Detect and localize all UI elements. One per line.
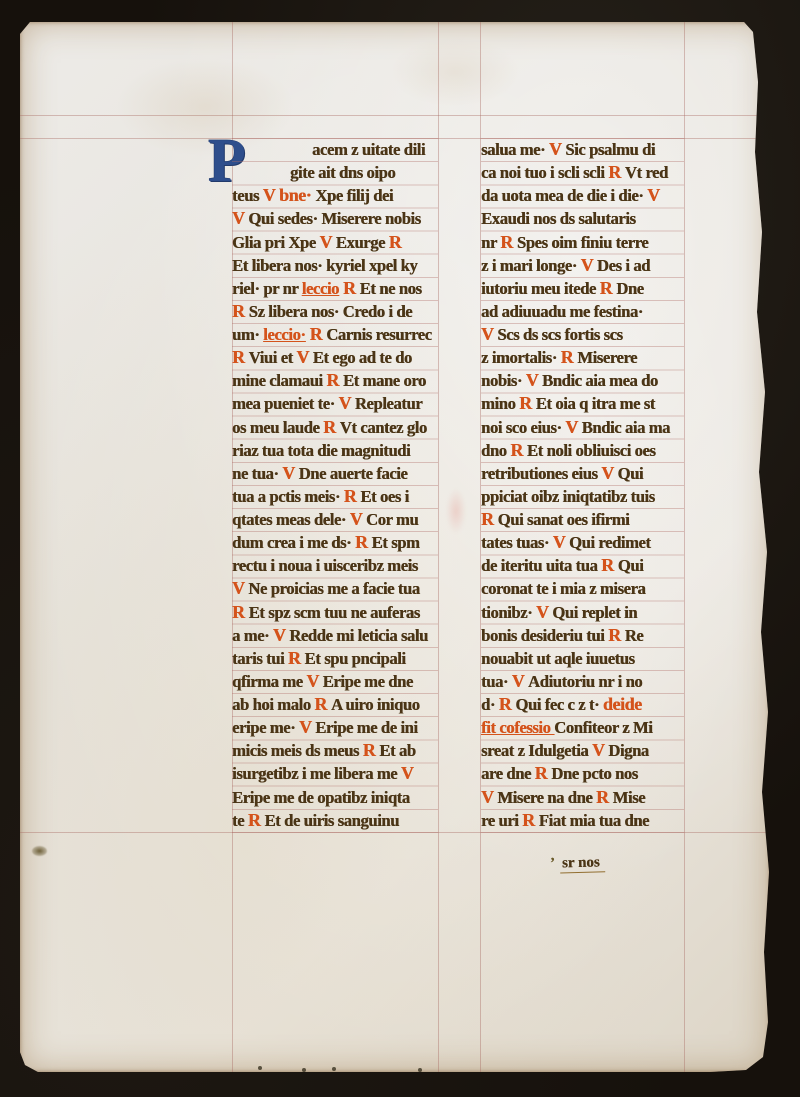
rubric-segment: V <box>601 463 617 483</box>
text-segment: eripe me· <box>232 718 299 737</box>
rubric-segment: V <box>232 578 248 598</box>
text-line: noi sco eius· V Bndic aia ma <box>481 416 684 439</box>
text-line: Eripe me de opatibz iniqta <box>232 786 438 809</box>
text-segment: Cor mu <box>366 510 418 529</box>
text-segment: Et ne nos <box>360 279 422 298</box>
rubric-segment: V <box>282 463 298 483</box>
text-segment: Fiat mia tua dne <box>539 811 649 830</box>
text-segment: ne tua· <box>232 464 282 483</box>
text-line: ab hoi malo R A uiro iniquo <box>232 693 438 716</box>
text-segment: nr <box>481 233 500 252</box>
text-line: dno R Et noli obliuisci oes <box>481 439 684 462</box>
text-line: retributiones eius V Qui <box>481 462 684 485</box>
foxing-stain <box>390 37 520 107</box>
rubric-segment: V <box>581 255 597 275</box>
rubric-segment: R <box>535 763 552 783</box>
text-segment: Et oia q itra me st <box>536 394 655 413</box>
text-segment: ppiciat oibz iniqtatibz tuis <box>481 487 655 506</box>
edge-speck <box>418 1068 422 1072</box>
text-segment: z imortalis· <box>481 348 561 367</box>
text-line: tates tuas· V Qui redimet <box>481 531 684 554</box>
text-line: da uota mea de die i die· V <box>481 184 684 207</box>
text-line: sreat z Idulgetia V Digna <box>481 739 684 762</box>
text-segment: Qui fec c z t· <box>515 695 603 714</box>
rubric-segment: V <box>232 208 248 228</box>
text-segment: a me· <box>232 626 273 645</box>
pen-flourish-icon: ʼ <box>550 856 555 872</box>
text-segment: Redde mi leticia salu <box>289 626 428 645</box>
text-segment: Eripe me dne <box>323 672 413 691</box>
rubric-segment: R <box>608 162 625 182</box>
text-line: Glia pri Xpe V Exurge R <box>232 231 438 254</box>
photo: { "photo": { "background_color": "#16110… <box>0 0 800 1097</box>
text-line: z imortalis· R Miserere <box>481 346 684 369</box>
text-line: R Sz libera nos· Credo i de <box>232 300 438 323</box>
text-segment: re uri <box>481 811 522 830</box>
text-segment: Sz libera nos· Credo i de <box>249 302 412 321</box>
text-segment: tua a pctis meis· <box>232 487 344 506</box>
text-segment: isurgetibz i me libera me <box>232 764 401 783</box>
text-line: riaz tua tota die magnitudi <box>232 439 438 462</box>
text-segment: Vt cantez glo <box>340 418 427 437</box>
text-line: mine clamaui R Et mane oro <box>232 369 438 392</box>
text-segment: te <box>232 811 248 830</box>
text-segment: nouabit ut aqle iuuetus <box>481 649 635 668</box>
text-line: ne tua· V Dne auerte facie <box>232 462 438 485</box>
ruling-line-horizontal-top-margin <box>20 115 770 116</box>
text-segment: Mise <box>613 788 646 807</box>
text-segment: tua· <box>481 672 512 691</box>
text-segment: salua me· <box>481 140 549 159</box>
text-segment: are dne <box>481 764 535 783</box>
text-line: iutoriu meu itede R Dne <box>481 277 684 300</box>
text-segment: ab hoi malo <box>232 695 314 714</box>
text-segment: micis meis ds meus <box>232 741 363 760</box>
text-segment: retributiones eius <box>481 464 601 483</box>
text-line: taris tui R Et spu pncipali <box>232 647 438 670</box>
text-segment: Vt red <box>625 163 668 182</box>
text-line: micis meis ds meus R Et ab <box>232 739 438 762</box>
text-segment: Eripe me de opatibz iniqta <box>232 788 410 807</box>
rubric-segment: R <box>601 555 618 575</box>
text-line: fit cofessio Confiteor z Mi <box>481 716 684 739</box>
rubric-segment: deide <box>603 694 642 714</box>
text-segment: Dne <box>616 279 643 298</box>
text-segment: gite ait dns oipo <box>290 163 395 182</box>
text-segment: um· <box>232 325 263 344</box>
text-segment: Qui <box>618 464 644 483</box>
text-segment: mea pueniet te· <box>232 394 339 413</box>
text-line: salua me· V Sic psalmu di <box>481 138 684 161</box>
text-segment: qfirma me <box>232 672 306 691</box>
text-line: de iteritu uita tua R Qui <box>481 554 684 577</box>
text-segment: Xpe filij dei <box>315 186 393 205</box>
text-segment: mino <box>481 394 519 413</box>
rubric-segment: R <box>561 347 578 367</box>
text-segment: riaz tua tota die magnitudi <box>232 441 410 460</box>
text-line: re uri R Fiat mia tua dne <box>481 809 684 832</box>
rubric-segment: R <box>248 810 265 830</box>
text-line: um· leccio· R Carnis resurrec <box>232 323 438 346</box>
text-segment: Et oes i <box>360 487 408 506</box>
rubric-segment: V <box>299 717 315 737</box>
rubric-segment: R <box>339 278 360 298</box>
rubric-segment: V <box>526 370 542 390</box>
text-segment: Ne proicias me a facie tua <box>248 579 419 598</box>
text-segment: Carnis resurrec <box>326 325 431 344</box>
edge-speck <box>302 1068 306 1072</box>
rubric-segment: R <box>232 602 249 622</box>
text-line: z i mari longe· V Des i ad <box>481 254 684 277</box>
text-line: isurgetibz i me libera me V <box>232 762 438 785</box>
rubric-segment: V <box>592 740 608 760</box>
text-segment: Qui <box>618 556 644 575</box>
text-segment: z i mari longe· <box>481 256 581 275</box>
text-segment: Eripe me de ini <box>315 718 417 737</box>
text-line: te R Et de uiris sanguinu <box>232 809 438 832</box>
text-segment: acem z uitate dili <box>312 140 425 159</box>
rubric-segment: leccio· <box>263 325 305 344</box>
text-segment: Et spm <box>372 533 420 552</box>
text-segment: sreat z Idulgetia <box>481 741 592 760</box>
text-segment: ca noi tuo i scli scli <box>481 163 608 182</box>
ruling-line-vertical-col1-right <box>438 22 439 1072</box>
text-line: riel· pr nr leccio R Et ne nos <box>232 277 438 300</box>
rubric-segment: V <box>339 393 355 413</box>
rubric-segment: V <box>565 417 581 437</box>
text-segment: Confiteor z Mi <box>554 718 652 737</box>
rubric-segment: R <box>306 324 327 344</box>
text-segment: Spes oim finiu terre <box>517 233 648 252</box>
text-line: dum crea i me ds· R Et spm <box>232 531 438 554</box>
rubric-segment: R <box>500 232 517 252</box>
text-segment: Qui sanat oes ifirmi <box>498 510 630 529</box>
rubric-segment: R <box>608 625 625 645</box>
text-segment: coronat te i mia z misera <box>481 579 645 598</box>
rubric-segment: R <box>326 370 343 390</box>
text-line: acem z uitate dili <box>232 138 438 161</box>
rubric-segment: R <box>314 694 331 714</box>
text-segment: A uiro iniquo <box>331 695 420 714</box>
rubric-segment: V <box>512 671 528 691</box>
text-segment: Exurge <box>336 233 389 252</box>
text-line: V Misere na dne R Mise <box>481 786 684 809</box>
rubric-segment: leccio <box>302 279 339 298</box>
rubric-segment: R <box>344 486 361 506</box>
rubric-segment: R <box>519 393 536 413</box>
text-line: bonis desideriu tui R Re <box>481 624 684 647</box>
text-segment: rectu i noua i uisceribz meis <box>232 556 418 575</box>
text-segment: nobis· <box>481 371 526 390</box>
text-segment: bonis desideriu tui <box>481 626 608 645</box>
text-line: a me· V Redde mi leticia salu <box>232 624 438 647</box>
rubric-segment: V <box>481 787 497 807</box>
text-line: mino R Et oia q itra me st <box>481 392 684 415</box>
text-segment: Qui replet in <box>552 603 637 622</box>
text-line: R Viui et V Et ego ad te do <box>232 346 438 369</box>
text-line: ppiciat oibz iniqtatibz tuis <box>481 485 684 508</box>
text-segment: da uota mea de die i die· <box>481 186 647 205</box>
text-segment: taris tui <box>232 649 288 668</box>
text-segment: Et spu pncipali <box>305 649 406 668</box>
rubric-segment: V <box>553 532 569 552</box>
text-segment: tates tuas· <box>481 533 553 552</box>
rubric-segment: R <box>288 648 305 668</box>
rubric-segment: R <box>600 278 617 298</box>
text-segment: Bndic aia mea do <box>542 371 658 390</box>
rubric-segment: R <box>363 740 380 760</box>
rubric-segment: V <box>549 139 565 159</box>
text-line: qfirma me V Eripe me dne <box>232 670 438 693</box>
text-segment: Et ego ad te do <box>313 348 412 367</box>
text-segment: Et noli obliuisci oes <box>527 441 656 460</box>
text-segment: Et mane oro <box>343 371 426 390</box>
text-segment: Exaudi nos ds salutaris <box>481 209 636 228</box>
text-line: coronat te i mia z misera <box>481 577 684 600</box>
manuscript-leaf: P acem z uitate diligite ait dns oipoteu… <box>20 22 770 1072</box>
text-line: ca noi tuo i scli scli R Vt red <box>481 161 684 184</box>
text-line: Et libera nos· kyriel xpel ky <box>232 254 438 277</box>
text-segment: ad adiuuadu me festina· <box>481 302 643 321</box>
text-line: nobis· V Bndic aia mea do <box>481 369 684 392</box>
text-segment: noi sco eius· <box>481 418 565 437</box>
text-line: V Ne proicias me a facie tua <box>232 577 438 600</box>
edge-speck <box>258 1066 262 1070</box>
text-segment: Viui et <box>249 348 297 367</box>
rubric-segment: V <box>481 324 497 344</box>
text-segment: Scs ds scs fortis scs <box>497 325 622 344</box>
text-line: R Qui sanat oes ifirmi <box>481 508 684 531</box>
text-segment: os meu laude <box>232 418 323 437</box>
red-ink-smudge <box>446 488 466 534</box>
text-line: d· R Qui fec c z t· deide <box>481 693 684 716</box>
rubric-segment: V <box>401 763 414 783</box>
text-line: os meu laude R Vt cantez glo <box>232 416 438 439</box>
catchword: ʼsr nos <box>550 854 605 872</box>
catchword-text: sr nos <box>560 854 605 873</box>
text-segment: iutoriu meu itede <box>481 279 600 298</box>
rubric-segment: V <box>296 347 312 367</box>
text-segment: qtates meas dele· <box>232 510 350 529</box>
rubric-segment: V <box>647 185 660 205</box>
text-segment: Qui redimet <box>569 533 650 552</box>
text-segment: Adiutoriu nr i no <box>528 672 642 691</box>
text-line: V Scs ds scs fortis scs <box>481 323 684 346</box>
rubric-segment: V bne· <box>263 185 316 205</box>
text-segment: d· <box>481 695 499 714</box>
rubric-segment: R <box>522 810 539 830</box>
text-line: rectu i noua i uisceribz meis <box>232 554 438 577</box>
text-segment: Des i ad <box>597 256 650 275</box>
text-segment: dno <box>481 441 510 460</box>
text-segment: Qui sedes· Miserere nobis <box>248 209 420 228</box>
text-segment: Dne auerte facie <box>299 464 408 483</box>
text-segment: dum crea i me ds· <box>232 533 355 552</box>
ruling-line-vertical-col2-right <box>684 22 685 1072</box>
text-segment: Re <box>625 626 644 645</box>
text-line: tua a pctis meis· R Et oes i <box>232 485 438 508</box>
text-line: tionibz· V Qui replet in <box>481 601 684 624</box>
text-line: Exaudi nos ds salutaris <box>481 207 684 230</box>
rubric-segment: R <box>232 301 249 321</box>
text-line: ad adiuuadu me festina· <box>481 300 684 323</box>
text-line: teus V bne· Xpe filij dei <box>232 184 438 207</box>
text-segment: Et ab <box>379 741 415 760</box>
text-line: qtates meas dele· V Cor mu <box>232 508 438 531</box>
rubric-segment: fit cofessio <box>481 718 554 737</box>
rubric-segment: V <box>536 602 552 622</box>
text-segment: Digna <box>608 741 648 760</box>
text-segment: Et libera nos· kyriel xpel ky <box>232 256 417 275</box>
rubric-segment: R <box>323 417 340 437</box>
text-line: R Et spz scm tuu ne auferas <box>232 601 438 624</box>
text-segment: Et spz scm tuu ne auferas <box>249 603 420 622</box>
text-segment: Miserere <box>577 348 637 367</box>
rubric-segment: R <box>389 232 402 252</box>
text-segment: Misere na dne <box>497 788 596 807</box>
text-segment: riel· pr nr <box>232 279 302 298</box>
text-line: V Qui sedes· Miserere nobis <box>232 207 438 230</box>
rubric-segment: V <box>273 625 289 645</box>
rubric-segment: R <box>232 347 249 367</box>
text-segment: Sic psalmu di <box>565 140 655 159</box>
text-column-right: salua me· V Sic psalmu dica noi tuo i sc… <box>481 138 684 833</box>
rubric-segment: R <box>510 440 527 460</box>
text-segment: Glia pri Xpe <box>232 233 319 252</box>
dark-spot <box>32 846 47 856</box>
text-line: are dne R Dne pcto nos <box>481 762 684 785</box>
text-line: mea pueniet te· V Repleatur <box>232 392 438 415</box>
rubric-segment: V <box>350 509 366 529</box>
rubric-segment: R <box>596 787 613 807</box>
text-column-left: acem z uitate diligite ait dns oipoteus … <box>232 138 438 833</box>
rubric-segment: R <box>355 532 372 552</box>
edge-speck <box>332 1067 336 1071</box>
rubric-segment: R <box>499 694 516 714</box>
text-segment: Repleatur <box>355 394 422 413</box>
text-line: nr R Spes oim finiu terre <box>481 231 684 254</box>
text-line: nouabit ut aqle iuuetus <box>481 647 684 670</box>
text-segment: Bndic aia ma <box>582 418 670 437</box>
text-segment: teus <box>232 186 263 205</box>
text-line: gite ait dns oipo <box>232 161 438 184</box>
text-segment: mine clamaui <box>232 371 326 390</box>
rubric-segment: V <box>306 671 322 691</box>
text-segment: tionibz· <box>481 603 536 622</box>
text-segment: de iteritu uita tua <box>481 556 601 575</box>
text-line: tua· V Adiutoriu nr i no <box>481 670 684 693</box>
rubric-segment: R <box>481 509 498 529</box>
rubric-segment: V <box>319 232 335 252</box>
text-segment: Dne pcto nos <box>551 764 637 783</box>
text-line: eripe me· V Eripe me de ini <box>232 716 438 739</box>
text-segment: Et de uiris sanguinu <box>264 811 398 830</box>
